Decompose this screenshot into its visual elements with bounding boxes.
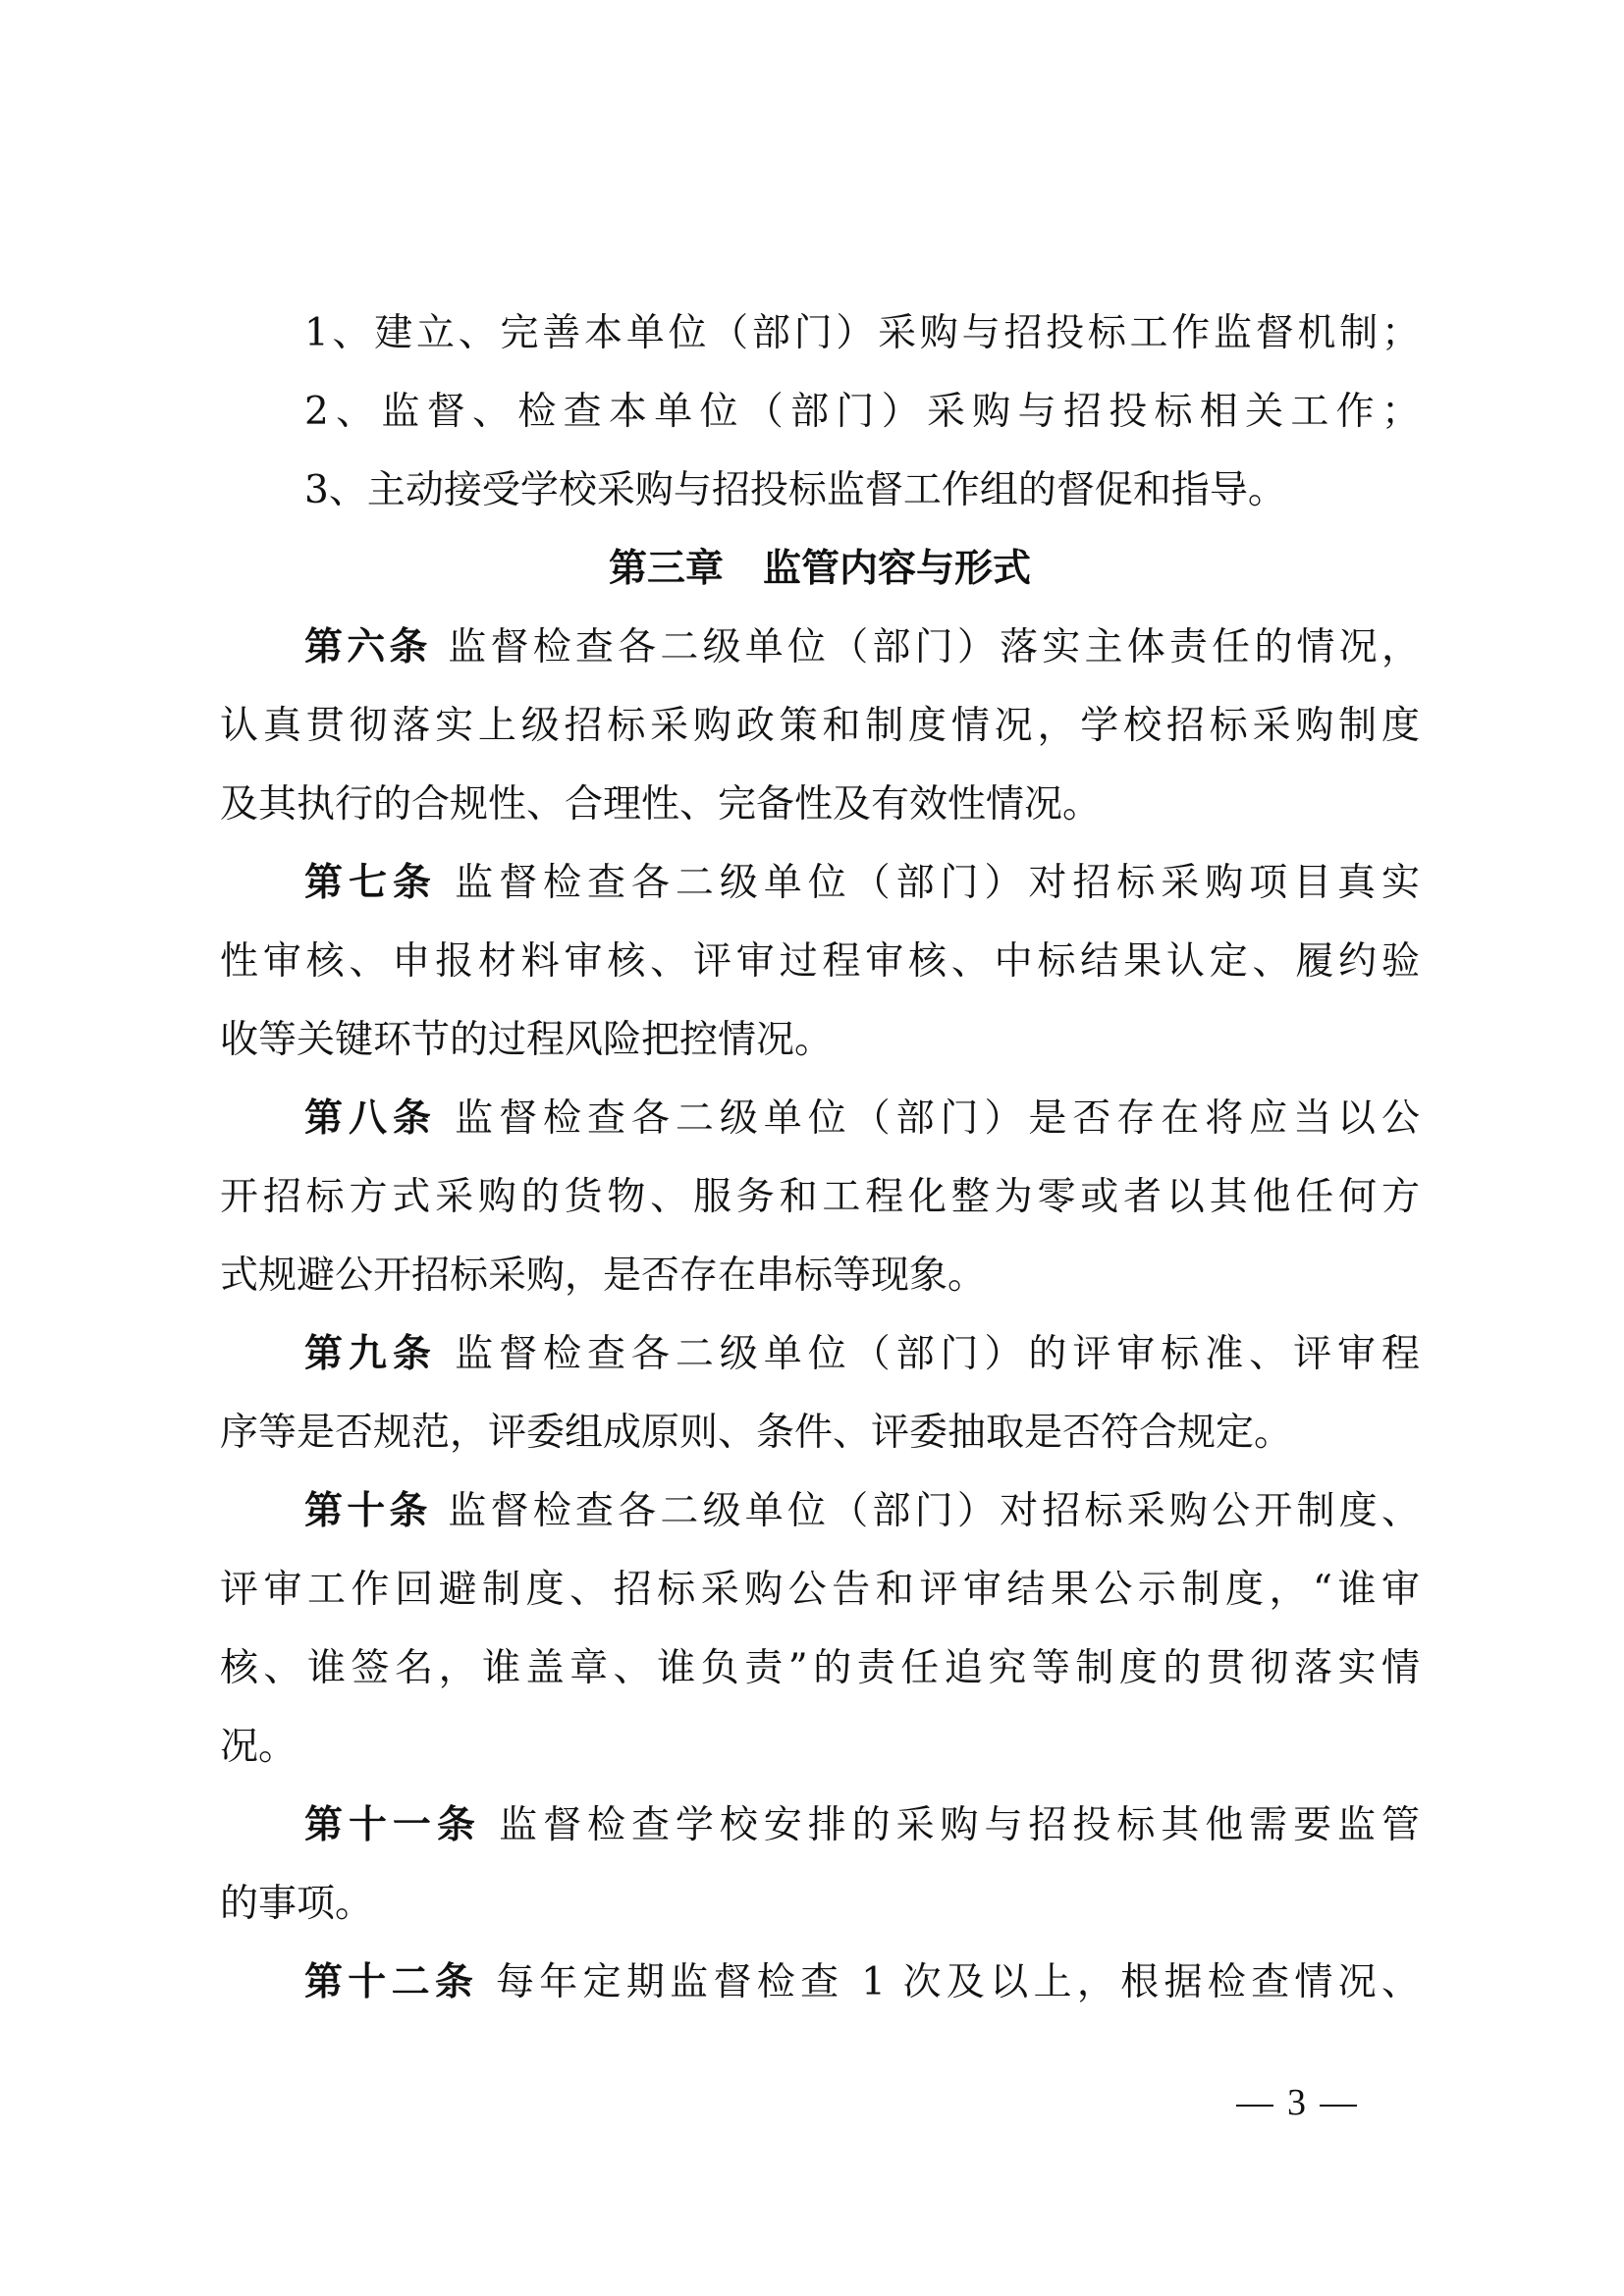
dash-left [1236,2105,1273,2107]
article-text: 监督检查各二级单位（部门）的评审标准、评审程 [455,1332,1420,1376]
article-7-line-3: 收等关键环节的过程风险把控情况。 [220,1001,1420,1080]
document-page: 1、建立、完善本单位（部门）采购与招投标工作监督机制； 2、监督、检查本单位（部… [0,0,1624,2296]
article-8-line-2: 开招标方式采购的货物、服务和工程化整为零或者以其他任何方 [220,1158,1420,1237]
article-6-line-3: 及其执行的合规性、合理性、完备性及有效性情况。 [220,766,1420,844]
article-11-line-1: 第十一条 监督检查学校安排的采购与招投标其他需要监管 [220,1787,1420,1865]
article-10-line-2: 评审工作回避制度、招标采购公告和评审结果公示制度，“谁审 [220,1551,1420,1629]
chapter-number: 第三章 [609,547,724,591]
list-item-1: 1、建立、完善本单位（部门）采购与招投标工作监督机制； [220,294,1420,373]
page-number: 3 [1222,2073,1371,2132]
article-label: 第六条 [304,625,432,669]
article-10-line-3: 核、谁签名，谁盖章、谁负责”的责任追究等制度的贯彻落实情 [220,1629,1420,1708]
article-10-line-4: 况。 [220,1708,1420,1787]
article-label: 第七条 [304,861,437,905]
article-9-line-2: 序等是否规范，评委组成原则、条件、评委抽取是否符合规定。 [220,1394,1420,1472]
article-label: 第十一条 [304,1803,481,1847]
article-7-line-1: 第七条 监督检查各二级单位（部门）对招标采购项目真实 [220,844,1420,923]
article-6-line-1: 第六条 监督检查各二级单位（部门）落实主体责任的情况， [220,609,1420,687]
article-6-line-2: 认真贯彻落实上级招标采购政策和制度情况，学校招标采购制度 [220,687,1420,766]
article-text: 监督检查各二级单位（部门）对招标采购项目真实 [455,861,1420,905]
article-12-line-1: 第十二条 每年定期监督检查 1 次及以上，根据检查情况、 [220,1944,1420,2022]
list-item-2: 2、监督、检查本单位（部门）采购与招投标相关工作； [220,373,1420,452]
document-body: 1、建立、完善本单位（部门）采购与招投标工作监督机制； 2、监督、检查本单位（部… [220,294,1420,2022]
chapter-title: 监管内容与形式 [763,547,1031,591]
article-text: 监督检查各二级单位（部门）是否存在将应当以公 [455,1096,1420,1141]
dash-right [1320,2105,1357,2107]
article-8-line-3: 式规避公开招标采购，是否存在串标等现象。 [220,1237,1420,1315]
chapter-heading: 第三章监管内容与形式 [220,530,1420,609]
article-text: 监督检查学校安排的采购与招投标其他需要监管 [499,1803,1420,1847]
article-7-line-2: 性审核、申报材料审核、评审过程审核、中标结果认定、履约验 [220,923,1420,1001]
article-label: 第九条 [304,1332,437,1376]
article-9-line-1: 第九条 监督检查各二级单位（部门）的评审标准、评审程 [220,1315,1420,1394]
list-item-3: 3、主动接受学校采购与招投标监督工作组的督促和指导。 [220,452,1420,530]
article-label: 第八条 [304,1096,437,1141]
page-number-value: 3 [1287,2082,1306,2123]
article-10-line-1: 第十条 监督检查各二级单位（部门）对招标采购公开制度、 [220,1472,1420,1551]
article-text: 每年定期监督检查 1 次及以上，根据检查情况、 [496,1960,1420,2004]
article-label: 第十二条 [304,1960,478,2004]
article-8-line-1: 第八条 监督检查各二级单位（部门）是否存在将应当以公 [220,1080,1420,1158]
article-text: 监督检查各二级单位（部门）对招标采购公开制度、 [448,1489,1420,1533]
article-text: 监督检查各二级单位（部门）落实主体责任的情况， [448,625,1420,669]
article-label: 第十条 [304,1489,432,1533]
article-11-line-2: 的事项。 [220,1865,1420,1944]
